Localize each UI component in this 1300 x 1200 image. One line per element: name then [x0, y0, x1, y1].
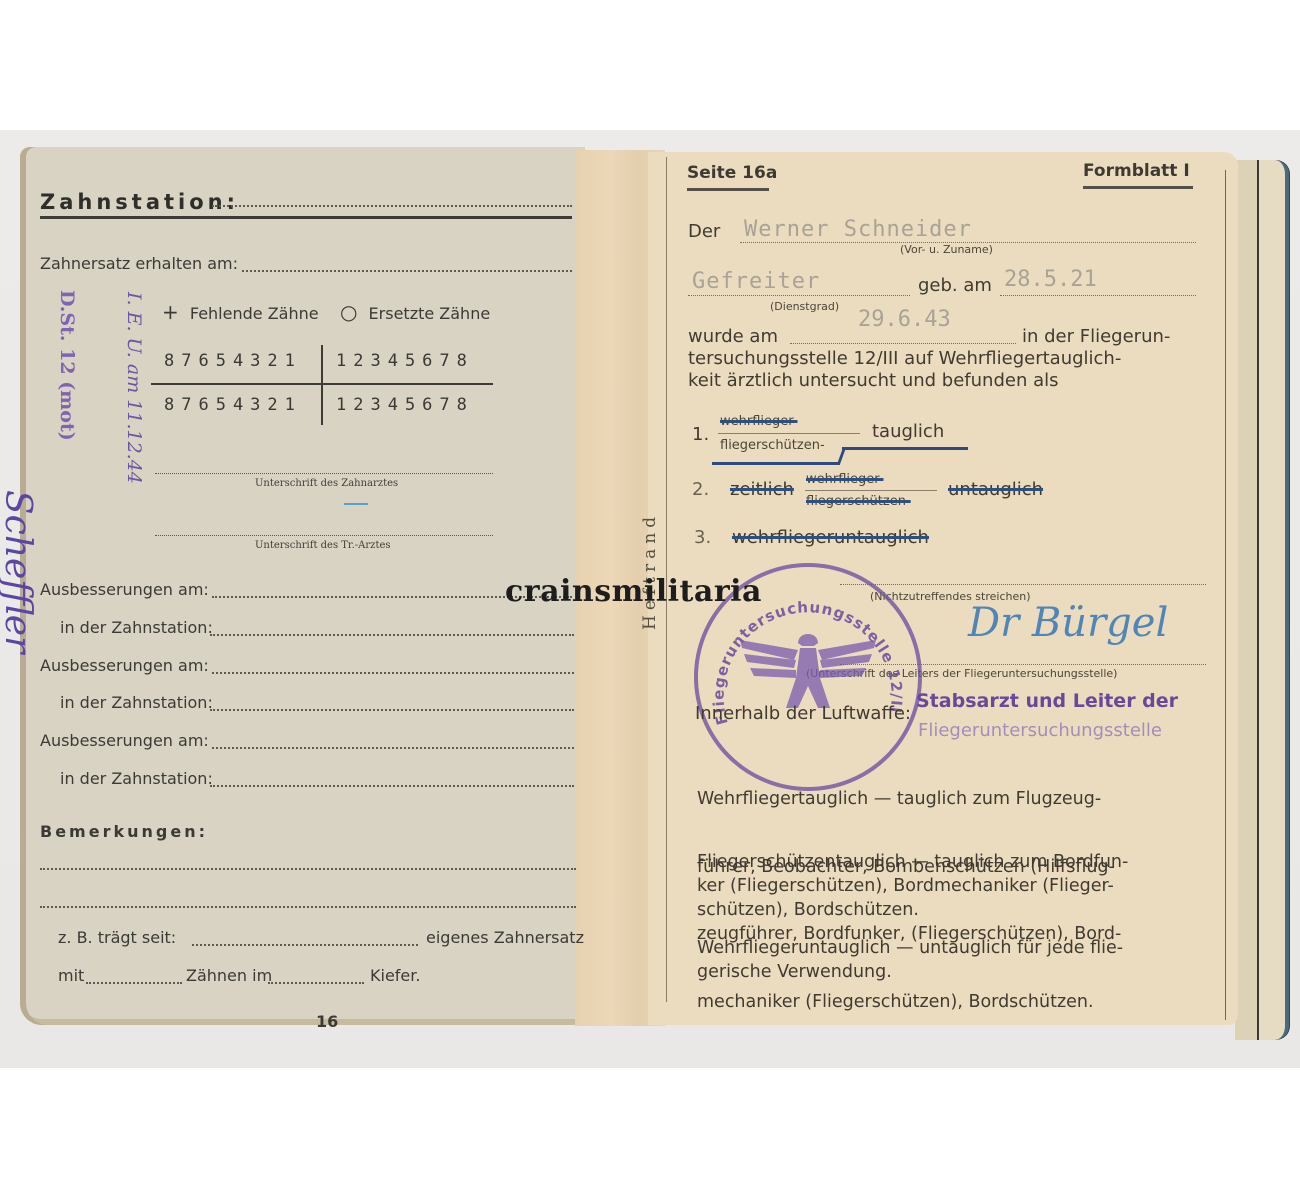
underline-mark [842, 447, 968, 450]
exam-text-line1b: in der Fliegerun- [1022, 326, 1170, 347]
born-label: geb. am [918, 275, 992, 296]
teeth-in-label: Zähnen im [186, 966, 272, 985]
form-label-underline [1083, 186, 1193, 189]
teeth-lower-right[interactable]: 12345678 [336, 395, 474, 415]
teeth-upper-left[interactable]: 87654321 [164, 351, 302, 371]
exam-date-field[interactable]: 29.6.43 [858, 307, 951, 332]
repair-station-label-3: in der Zahnstation: [60, 769, 213, 788]
option1-top-struck: wehrflieger- [720, 414, 797, 429]
repair-station-label-2: in der Zahnstation: [60, 693, 213, 712]
troop-doctor-signature-caption: Unterschrift des Tr.-Arztes [255, 540, 391, 551]
examiner-signature: Dr Bürgel [968, 600, 1168, 646]
repair-date-label-2: Ausbesserungen am: [40, 656, 209, 675]
repair-date-field-3[interactable] [212, 747, 574, 749]
troop-doctor-signature-field[interactable] [155, 535, 493, 536]
born-date-line [1000, 295, 1196, 296]
title-stamp-line2: Fliegeruntersuchungsstelle [918, 720, 1162, 741]
dentist-handwritten-signature: Scheffler [0, 490, 38, 653]
repair-station-field-1[interactable] [210, 634, 574, 636]
wears-since-field[interactable] [192, 944, 418, 946]
option1-suffix: tauglich [872, 421, 944, 442]
repair-station-label-1: in der Zahnstation: [60, 618, 213, 637]
option3-label: wehrfliegeruntauglich [732, 527, 929, 548]
born-date-field[interactable]: 28.5.21 [1004, 267, 1097, 292]
dentist-signature-caption: Unterschrift des Zahnarztes [255, 478, 398, 489]
dentist-signature-field[interactable] [155, 473, 493, 474]
repair-date-label-3: Ausbesserungen am: [40, 731, 209, 750]
circle-icon: ○ [340, 300, 357, 324]
exam-text-line2: tersuchungsstelle 12/III auf Wehrflieger… [688, 348, 1121, 369]
exam-date-line [790, 343, 1016, 344]
teeth-chart-vertical-rule [321, 345, 323, 425]
definition-fliegerschuetzentauglich: Fliegerschützentauglich — tauglich zum B… [697, 850, 1128, 922]
binding-margin-label: Heftrand [640, 512, 660, 630]
booklet-back-pages [1235, 160, 1289, 1040]
rank-field[interactable]: Gefreiter [692, 269, 820, 294]
form-label: Formblatt I [1083, 161, 1190, 181]
with-label: mit [58, 966, 84, 985]
title-stamp-line1: Stabsarzt und Leiter der [916, 690, 1178, 712]
repair-date-field-2[interactable] [212, 672, 574, 674]
fraction-bar [718, 433, 860, 434]
name-field[interactable]: Werner Schneider [744, 217, 972, 242]
teeth-upper-right[interactable]: 12345678 [336, 351, 474, 371]
remarks-field-1[interactable] [40, 868, 576, 870]
remarks-label: Bemerkungen: [40, 822, 208, 841]
dental-station-heading: Zahnstation: [40, 190, 239, 214]
replaced-teeth-legend: ○ Ersetzte Zähne [340, 300, 490, 324]
heading-underline [40, 216, 572, 219]
exam-text-line3: keit ärztlich untersucht und befunden al… [688, 370, 1058, 391]
blue-ink-mark [344, 503, 368, 505]
luftwaffe-heading: Innerhalb der Luftwaffe: [695, 703, 911, 724]
repair-station-field-3[interactable] [210, 785, 574, 787]
dental-station-stamp: D.St. 12 (mot) [56, 290, 78, 441]
jaw-field[interactable] [268, 982, 364, 984]
underline-mark [712, 462, 840, 465]
page-number-left: 16 [316, 1012, 338, 1031]
plus-icon: + [162, 300, 179, 324]
remarks-field-2[interactable] [40, 906, 576, 908]
der-label: Der [688, 221, 720, 242]
handwritten-exam-note: I. E. U. am 11.12.44 [123, 292, 145, 484]
teeth-lower-left[interactable]: 87654321 [164, 395, 302, 415]
wears-since-label: z. B. trägt seit: [58, 928, 176, 947]
watermark-text: crainsmilitaria [505, 574, 762, 609]
page-label-underline [687, 188, 769, 191]
dental-station-field[interactable] [212, 205, 572, 207]
option2-suffix: untauglich [948, 479, 1043, 500]
repair-station-field-2[interactable] [210, 709, 574, 711]
jaw-label: Kiefer. [370, 966, 420, 985]
rank-caption: (Dienstgrad) [770, 300, 839, 313]
option1-bottom: fliegerschützen- [720, 438, 825, 453]
form-right-border [1225, 170, 1226, 1020]
own-prosthesis-label: eigenes Zahnersatz [426, 928, 584, 947]
page-label: Seite 16a [687, 163, 777, 183]
prosthesis-received-field[interactable] [242, 270, 572, 272]
repair-date-label-1: Ausbesserungen am: [40, 580, 209, 599]
teeth-count-field[interactable] [86, 982, 182, 984]
prosthesis-received-label: Zahnersatz erhalten am: [40, 254, 238, 273]
name-caption: (Vor- u. Zuname) [900, 243, 993, 256]
definition-wehrfliegeruntauglich: Wehrfliegeruntauglich — untauglich für j… [697, 936, 1123, 984]
option2-prefix: zeitlich [730, 479, 794, 500]
fraction-bar [805, 490, 937, 491]
rank-field-line [688, 295, 910, 296]
exam-text-line1a: wurde am [688, 326, 778, 347]
missing-teeth-legend: + Fehlende Zähne [162, 300, 319, 324]
